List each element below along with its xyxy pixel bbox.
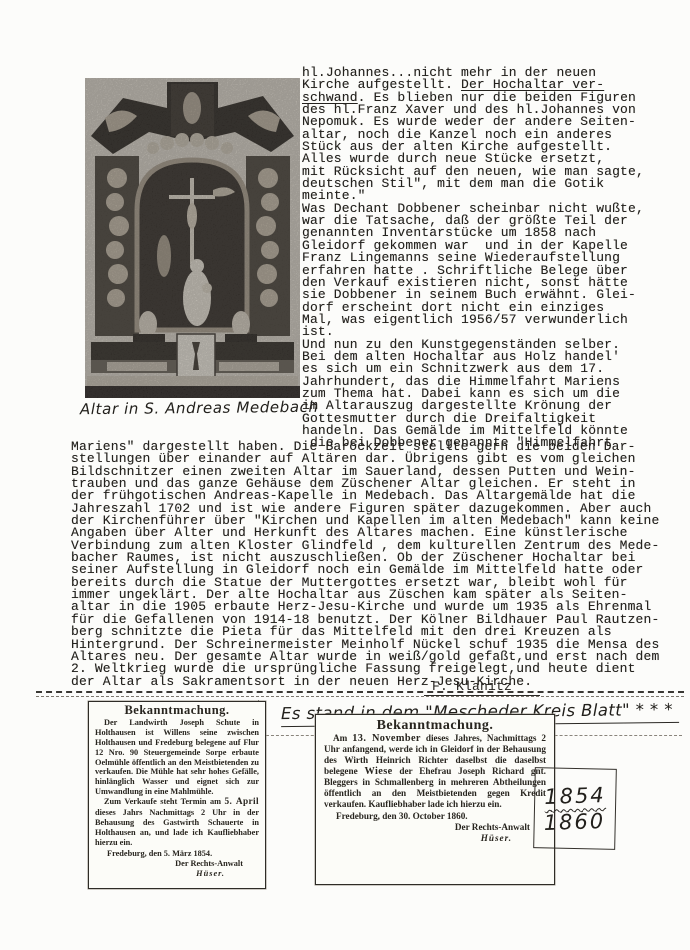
year-1860: 1860 (544, 808, 606, 836)
year-1854: 1854 (544, 782, 606, 810)
clipping-right-signature-name: Hüser. (324, 833, 546, 844)
clipping-right-title: Bekanntmachung. (324, 720, 546, 731)
clipping-right-dateline: Fredeburg, den 30. October 1860. (324, 811, 546, 822)
clipping-right-p1-part: Am (333, 733, 352, 743)
clipping-left-paragraph-2: Zum Verkaufe steht Termin am 5. April di… (95, 797, 259, 848)
clipping-left-p2-bold: 5. April (225, 797, 259, 807)
clipping-right-p1-bold-date: 13. November (352, 733, 421, 744)
clipping-right-p1-bold-wiese: Wiese (364, 766, 392, 777)
column-text-after: . Es blieben nur die beiden Figuren des … (302, 90, 644, 451)
clipping-right-paragraph-1: Am 13. November dieses Jahres, Nachmitta… (324, 733, 546, 810)
altar-photo-illustration (85, 78, 300, 398)
photo-caption: Altar in S. Andreas Medebach (80, 398, 320, 419)
typed-right-column: hl.Johannes...nicht mehr in der neuen Ki… (302, 67, 664, 450)
clipping-left-signature-role: Der Rechts-Anwalt (95, 859, 259, 869)
author-signature: F. Klanitz (424, 679, 540, 696)
section-divider-rule-secondary (36, 696, 684, 697)
clipping-right-signature-role: Der Rechts-Anwalt (324, 822, 546, 833)
section-divider-rule (36, 691, 684, 693)
typed-main-paragraph: Mariens" dargestellt haben. Die Barockze… (71, 441, 671, 688)
scanned-document-page: Altar in S. Andreas Medebach hl.Johannes… (0, 0, 690, 950)
clipping-left-paragraph-1: Der Landwirth Joseph Schute in Holthause… (95, 718, 259, 797)
clipping-left-p2-before: Zum Verkaufe steht Termin am (104, 797, 225, 806)
clipping-left-signature-name: Hüser. (95, 869, 259, 879)
newspaper-clipping-1860: Bekanntmachung. Am 13. November dieses J… (315, 714, 555, 885)
altar-photograph (85, 78, 300, 398)
clipping-left-dateline: Fredeburg, den 5. März 1854. (95, 849, 259, 859)
clipping-left-title: Bekanntmachung. (95, 706, 259, 716)
handwritten-years-box: 1854 1860 (533, 767, 617, 850)
newspaper-clipping-1854: Bekanntmachung. Der Landwirth Joseph Sch… (88, 701, 266, 889)
clipping-left-p2-after: dieses Jahrs Nachmittags 2 Uhr in der Be… (95, 808, 259, 847)
